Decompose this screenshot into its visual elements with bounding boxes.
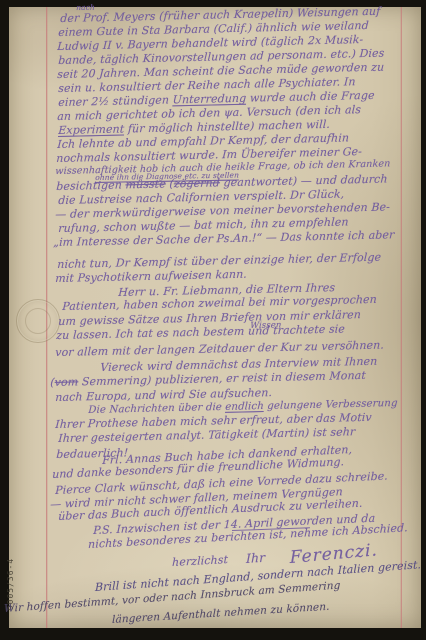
handwriting-layer: der Prof. Meyers (früher auch Kraepelin)… xyxy=(0,0,426,640)
signature-text: herzlichst xyxy=(172,553,228,569)
interlinear-insert: Wissen xyxy=(250,320,282,331)
handwritten-line: (vom Semmering) publizieren, er reist in… xyxy=(50,369,366,389)
interlinear-insert: nach xyxy=(76,3,95,12)
signature-text: Ihr xyxy=(246,550,265,566)
scanned-letter-page: 9005/36-4 der Prof. Meyers (früher auch … xyxy=(0,0,426,640)
